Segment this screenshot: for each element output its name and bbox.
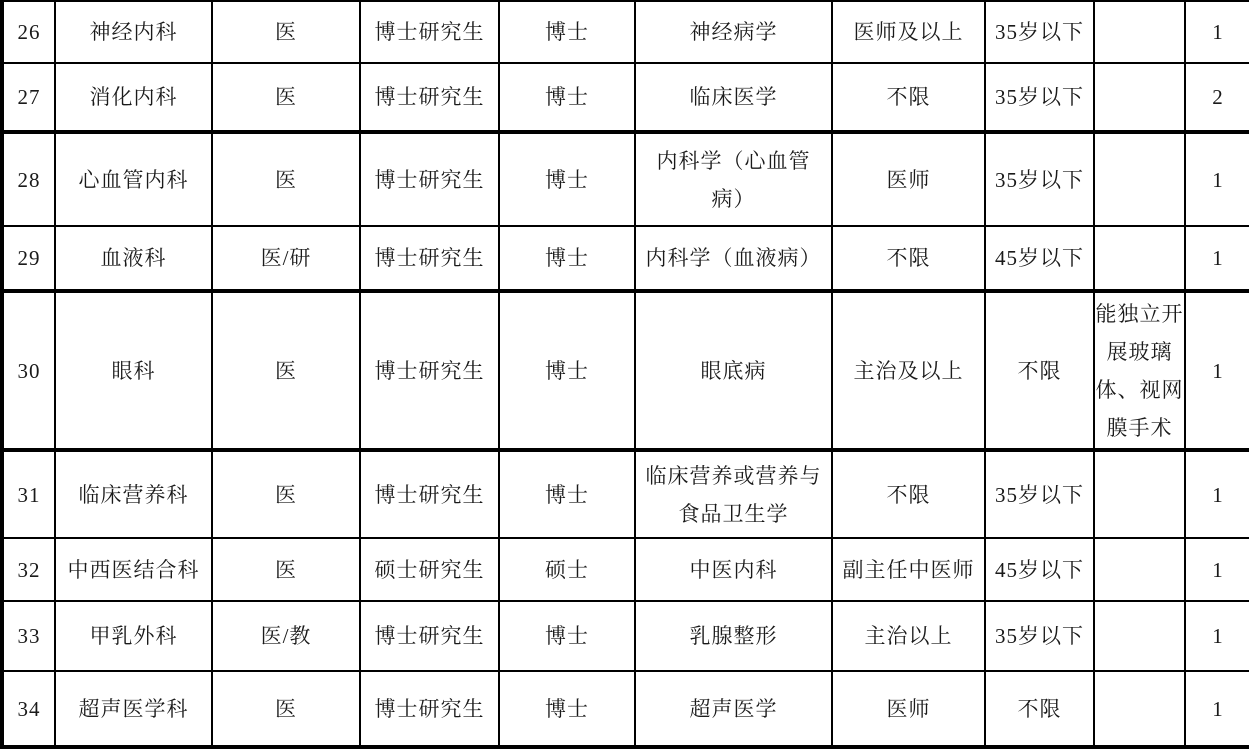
cell-major: 临床医学 [635, 63, 832, 132]
cell-education: 博士研究生 [360, 450, 499, 538]
cell-department: 血液科 [55, 226, 212, 291]
cell-count: 1 [1185, 538, 1249, 601]
cell-department: 超声医学科 [55, 671, 212, 747]
cell-category: 医 [212, 63, 360, 132]
cell-category: 医 [212, 450, 360, 538]
cell-age: 不限 [985, 671, 1094, 747]
cell-department: 神经内科 [55, 1, 212, 63]
cell-education: 博士研究生 [360, 601, 499, 671]
cell-category: 医 [212, 291, 360, 450]
cell-other [1094, 226, 1185, 291]
job-row: 31 临床营养科 医 博士研究生 博士 临床营养或营养与 食品卫生学 不限 35… [2, 450, 1249, 538]
cell-degree: 博士 [499, 291, 635, 450]
cell-major: 神经病学 [635, 1, 832, 63]
cell-count: 2 [1185, 63, 1249, 132]
cell-seq: 34 [2, 671, 55, 747]
cell-other [1094, 538, 1185, 601]
cell-age: 35岁以下 [985, 1, 1094, 63]
cell-major: 内科学（血液病） [635, 226, 832, 291]
job-row: 33 甲乳外科 医/教 博士研究生 博士 乳腺整形 主治以上 35岁以下 1 [2, 601, 1249, 671]
cell-category: 医/教 [212, 601, 360, 671]
job-row: 34 超声医学科 医 博士研究生 博士 超声医学 医师 不限 1 [2, 671, 1249, 747]
cell-education: 博士研究生 [360, 291, 499, 450]
cell-other: 能独立开 展玻璃 体、视网 膜手术 [1094, 291, 1185, 450]
cell-age: 35岁以下 [985, 132, 1094, 226]
cell-seq: 27 [2, 63, 55, 132]
cell-major: 中医内科 [635, 538, 832, 601]
cell-other [1094, 132, 1185, 226]
cell-department: 甲乳外科 [55, 601, 212, 671]
job-row: 29 血液科 医/研 博士研究生 博士 内科学（血液病） 不限 45岁以下 1 [2, 226, 1249, 291]
cell-title: 副主任中医师 [832, 538, 985, 601]
cell-education: 硕士研究生 [360, 538, 499, 601]
cell-count: 1 [1185, 601, 1249, 671]
cell-age: 35岁以下 [985, 601, 1094, 671]
cell-degree: 博士 [499, 671, 635, 747]
cell-age: 45岁以下 [985, 226, 1094, 291]
cell-degree: 博士 [499, 226, 635, 291]
cell-category: 医 [212, 538, 360, 601]
cell-category: 医 [212, 671, 360, 747]
cell-degree: 博士 [499, 601, 635, 671]
cell-degree: 博士 [499, 1, 635, 63]
cell-title: 医师 [832, 671, 985, 747]
cell-major: 眼底病 [635, 291, 832, 450]
cell-department: 中西医结合科 [55, 538, 212, 601]
cell-count: 1 [1185, 291, 1249, 450]
cell-title: 主治以上 [832, 601, 985, 671]
cell-count: 1 [1185, 671, 1249, 747]
cell-title: 医师 [832, 132, 985, 226]
cell-other [1094, 63, 1185, 132]
job-row: 30 眼科 医 博士研究生 博士 眼底病 主治及以上 不限 能独立开 展玻璃 体… [2, 291, 1249, 450]
cell-degree: 博士 [499, 450, 635, 538]
document-page: 26 神经内科 医 博士研究生 博士 神经病学 医师及以上 35岁以下 1 27… [0, 0, 1249, 753]
cell-education: 博士研究生 [360, 63, 499, 132]
cell-department: 临床营养科 [55, 450, 212, 538]
cell-title: 主治及以上 [832, 291, 985, 450]
cell-major: 超声医学 [635, 671, 832, 747]
cell-education: 博士研究生 [360, 226, 499, 291]
cell-seq: 33 [2, 601, 55, 671]
cell-age: 35岁以下 [985, 450, 1094, 538]
cell-title: 不限 [832, 63, 985, 132]
cell-major: 乳腺整形 [635, 601, 832, 671]
cell-count: 1 [1185, 450, 1249, 538]
cell-seq: 32 [2, 538, 55, 601]
job-row: 32 中西医结合科 医 硕士研究生 硕士 中医内科 副主任中医师 45岁以下 1 [2, 538, 1249, 601]
cell-count: 1 [1185, 132, 1249, 226]
cell-department: 眼科 [55, 291, 212, 450]
cell-degree: 硕士 [499, 538, 635, 601]
cell-title: 不限 [832, 226, 985, 291]
cell-age: 35岁以下 [985, 63, 1094, 132]
cell-degree: 博士 [499, 132, 635, 226]
cell-other [1094, 601, 1185, 671]
cell-seq: 29 [2, 226, 55, 291]
job-row: 28 心血管内科 医 博士研究生 博士 内科学（心血管 病） 医师 35岁以下 … [2, 132, 1249, 226]
cell-seq: 26 [2, 1, 55, 63]
cell-degree: 博士 [499, 63, 635, 132]
cell-title: 医师及以上 [832, 1, 985, 63]
cell-count: 1 [1185, 1, 1249, 63]
cell-category: 医/研 [212, 226, 360, 291]
cell-age: 不限 [985, 291, 1094, 450]
cell-other [1094, 671, 1185, 747]
cell-education: 博士研究生 [360, 132, 499, 226]
cell-other [1094, 1, 1185, 63]
cell-count: 1 [1185, 226, 1249, 291]
cell-major: 内科学（心血管 病） [635, 132, 832, 226]
cell-major: 临床营养或营养与 食品卫生学 [635, 450, 832, 538]
cell-category: 医 [212, 132, 360, 226]
recruitment-table: 26 神经内科 医 博士研究生 博士 神经病学 医师及以上 35岁以下 1 27… [0, 0, 1249, 749]
cell-title: 不限 [832, 450, 985, 538]
cell-department: 心血管内科 [55, 132, 212, 226]
cell-seq: 30 [2, 291, 55, 450]
cell-age: 45岁以下 [985, 538, 1094, 601]
cell-seq: 28 [2, 132, 55, 226]
cell-department: 消化内科 [55, 63, 212, 132]
cell-education: 博士研究生 [360, 1, 499, 63]
cell-category: 医 [212, 1, 360, 63]
job-row: 26 神经内科 医 博士研究生 博士 神经病学 医师及以上 35岁以下 1 [2, 1, 1249, 63]
cell-seq: 31 [2, 450, 55, 538]
cell-other [1094, 450, 1185, 538]
job-row: 27 消化内科 医 博士研究生 博士 临床医学 不限 35岁以下 2 [2, 63, 1249, 132]
cell-education: 博士研究生 [360, 671, 499, 747]
